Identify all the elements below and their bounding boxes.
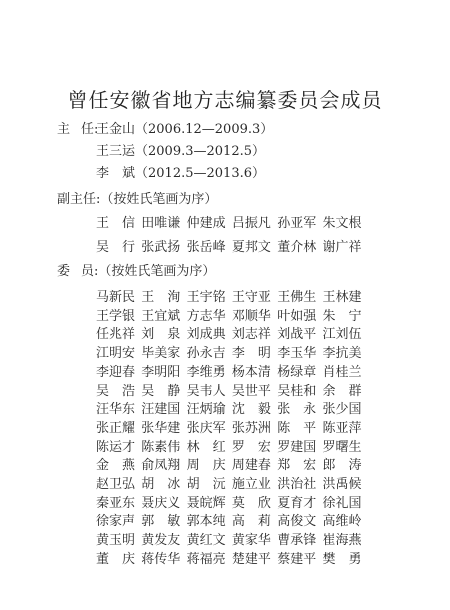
person-name: 曹承锋 (277, 533, 322, 549)
person-name: 朱宁 (322, 309, 361, 325)
person-name: 田唯谦 (141, 216, 186, 232)
person-name: 林红 (187, 440, 226, 456)
person-name: 吴行 (96, 240, 135, 256)
name-char: 庆 (213, 458, 226, 474)
name-char: 欣 (258, 496, 271, 512)
member-row: 徐家声郭敏郭本纯高莉高俊文高维岭 (96, 514, 368, 530)
person-name: 莫欣 (232, 496, 271, 512)
person-name: 陈亚萍 (322, 421, 367, 437)
director-term: （2012.5—2013.6） (135, 166, 265, 181)
person-name: 洪治社 (277, 477, 322, 493)
name-char: 胡 (141, 477, 154, 493)
director-term: （2009.3—2012.5） (135, 144, 265, 159)
person-name: 余群 (322, 384, 361, 400)
director-entry: 李 斌（2012.5—2013.6） (96, 166, 265, 182)
person-name: 陈平 (277, 421, 316, 437)
name-char: 吴 (141, 384, 154, 400)
person-name: 李明 (232, 346, 271, 362)
name-char: 敏 (167, 514, 180, 530)
person-name: 黄玉明 (96, 533, 141, 549)
name-char: 莫 (232, 496, 245, 512)
members-label: 委员:（按姓氏笔画为序） (57, 264, 215, 280)
person-name: 徐礼国 (322, 496, 367, 512)
name-char: 朱 (322, 309, 335, 325)
person-name: 汪炳瑜 (187, 402, 232, 418)
name-char: 信 (122, 216, 135, 232)
ordering-note: （按姓氏笔画为序） (98, 264, 215, 279)
name-char: 李 (232, 346, 245, 362)
person-name: 聂皖辉 (187, 496, 232, 512)
director-name: 李 斌 (96, 166, 135, 181)
name-char: 金 (96, 458, 109, 474)
person-name: 吴浩 (96, 384, 135, 400)
name-char: 樊 (322, 552, 335, 568)
person-name: 张华建 (141, 421, 186, 437)
person-name: 金燕 (96, 458, 135, 474)
person-name: 罗建国 (277, 440, 322, 456)
person-name: 吴韦人 (187, 384, 232, 400)
name-char: 宁 (348, 309, 361, 325)
person-name: 沈毅 (232, 402, 271, 418)
member-row: 黄玉明黄发友黄红文黄家华曹承锋崔海燕 (96, 533, 368, 549)
person-name: 夏邦文 (232, 240, 277, 256)
person-name: 洪禹候 (322, 477, 367, 493)
name-char: 宏 (303, 458, 316, 474)
person-name: 汪华东 (96, 402, 141, 418)
person-name: 张武扬 (141, 240, 186, 256)
person-name: 邓顺华 (232, 309, 277, 325)
person-name: 崔海燕 (322, 533, 367, 549)
person-name: 李维勇 (187, 365, 232, 381)
name-char: 罗 (232, 440, 245, 456)
name-char: 吴 (96, 384, 109, 400)
person-name: 秦亚东 (96, 496, 141, 512)
member-row: 吴浩吴静吴韦人吴世平吴桂和余群 (96, 384, 368, 400)
label-char: 员 (81, 264, 94, 280)
member-row: 赵卫弘胡冰胡沅施立业洪治社洪禹候 (96, 477, 368, 493)
member-row: 金燕俞凤翔周庆周建春郑宏郎涛 (96, 458, 368, 474)
person-name: 高维岭 (322, 514, 367, 530)
name-char: 莉 (258, 514, 271, 530)
person-name: 罗宏 (232, 440, 271, 456)
name-char: 沈 (232, 402, 245, 418)
director-entry: 王金山（2006.12—2009.3） (96, 122, 273, 138)
name-char: 余 (322, 384, 335, 400)
person-name: 周建春 (232, 458, 277, 474)
person-name: 罗曙生 (322, 440, 367, 456)
person-name: 孙亚军 (277, 216, 322, 232)
person-name: 吴桂和 (277, 384, 322, 400)
member-row: 任兆祥刘泉刘成典刘志祥刘战平江刘伍 (96, 327, 368, 343)
name-char: 毅 (258, 402, 271, 418)
person-name: 方志华 (187, 309, 232, 325)
person-name: 张苏洲 (232, 421, 277, 437)
person-name: 聂庆义 (141, 496, 186, 512)
label-char: 任 (81, 122, 94, 138)
person-name: 王宇铭 (187, 290, 232, 306)
person-name: 樊勇 (322, 552, 361, 568)
person-name: 李玉华 (277, 346, 322, 362)
person-name: 黄发友 (141, 533, 186, 549)
person-name: 周庆 (187, 458, 226, 474)
name-char: 静 (167, 384, 180, 400)
deputy-row: 吴行张武扬张岳峰夏邦文董介林谢广祥 (96, 240, 368, 256)
person-name: 任兆祥 (96, 327, 141, 343)
member-row: 秦亚东聂庆义聂皖辉莫欣夏育才徐礼国 (96, 496, 368, 512)
name-char: 涛 (348, 458, 361, 474)
name-char: 张 (277, 402, 290, 418)
person-name: 张正耀 (96, 421, 141, 437)
label-char: 主 (57, 122, 70, 138)
name-char: 洵 (167, 290, 180, 306)
person-name: 马新民 (96, 290, 141, 306)
person-name: 刘泉 (141, 327, 180, 343)
name-char: 郎 (322, 458, 335, 474)
person-name: 楚建平 (232, 552, 277, 568)
person-name: 郭本纯 (187, 514, 232, 530)
person-name: 毕美家 (141, 346, 186, 362)
person-name: 张庆军 (187, 421, 232, 437)
member-row: 李迎春李明阳李维勇杨本清杨绿章肖桂兰 (96, 365, 368, 381)
person-name: 刘成典 (187, 327, 232, 343)
person-name: 陈素伟 (141, 440, 186, 456)
person-name: 杨本清 (232, 365, 277, 381)
person-name: 王信 (96, 216, 135, 232)
person-name: 高俊文 (277, 514, 322, 530)
member-row: 张正耀张华建张庆军张苏洲陈平陈亚萍 (96, 421, 368, 437)
person-name: 郎涛 (322, 458, 361, 474)
person-name: 俞凤翔 (141, 458, 186, 474)
name-char: 沅 (213, 477, 226, 493)
person-name: 郭敏 (141, 514, 180, 530)
person-name: 王学银 (96, 309, 141, 325)
person-name: 张岳峰 (187, 240, 232, 256)
ordering-note: （按姓氏笔画为序） (100, 192, 217, 207)
person-name: 董介林 (277, 240, 322, 256)
label-text: 副主任: (57, 192, 100, 207)
name-char: 刘 (141, 327, 154, 343)
name-char: 郭 (141, 514, 154, 530)
name-char: 高 (232, 514, 245, 530)
person-name: 徐家声 (96, 514, 141, 530)
name-char: 宏 (258, 440, 271, 456)
name-char: 红 (213, 440, 226, 456)
name-char: 明 (258, 346, 271, 362)
name-char: 行 (122, 240, 135, 256)
person-name: 郑宏 (277, 458, 316, 474)
person-name: 肖桂兰 (322, 365, 367, 381)
director-name: 王三运 (96, 144, 135, 159)
person-name: 蒋福亮 (187, 552, 232, 568)
person-name: 江明安 (96, 346, 141, 362)
name-char: 陈 (277, 421, 290, 437)
person-name: 王宜斌 (141, 309, 186, 325)
name-char: 浩 (122, 384, 135, 400)
director-name: 王金山 (96, 122, 135, 137)
person-name: 孙永吉 (187, 346, 232, 362)
person-name: 高莉 (232, 514, 271, 530)
member-row: 江明安毕美家孙永吉李明李玉华李抗美 (96, 346, 368, 362)
person-name: 胡沅 (187, 477, 226, 493)
person-name: 吴世平 (232, 384, 277, 400)
person-name: 王林建 (322, 290, 367, 306)
person-name: 李抗美 (322, 346, 367, 362)
person-name: 朱文根 (322, 216, 367, 232)
person-name: 蒋传华 (141, 552, 186, 568)
director-entry: 王三运（2009.3—2012.5） (96, 144, 265, 160)
person-name: 李明阳 (141, 365, 186, 381)
member-row: 王学银王宜斌方志华邓顺华叶如强朱宁 (96, 309, 368, 325)
person-name: 王洵 (141, 290, 180, 306)
name-char: 林 (187, 440, 200, 456)
person-name: 王守亚 (232, 290, 277, 306)
member-row: 汪华东汪建国汪炳瑜沈毅张永张少国 (96, 402, 368, 418)
person-name: 谢广祥 (322, 240, 367, 256)
person-name: 吕振凡 (232, 216, 277, 232)
person-name: 赵卫弘 (96, 477, 141, 493)
person-name: 陈运才 (96, 440, 141, 456)
name-char: 泉 (167, 327, 180, 343)
person-name: 蔡建平 (277, 552, 322, 568)
person-name: 李迎春 (96, 365, 141, 381)
name-char: 燕 (122, 458, 135, 474)
director-term: （2006.12—2009.3） (135, 122, 273, 137)
name-char: 胡 (187, 477, 200, 493)
name-char: 群 (348, 384, 361, 400)
name-char: 郑 (277, 458, 290, 474)
person-name: 吴静 (141, 384, 180, 400)
name-char: 王 (141, 290, 154, 306)
person-name: 汪建国 (141, 402, 186, 418)
name-char: 周 (187, 458, 200, 474)
name-char: 永 (303, 402, 316, 418)
person-name: 张少国 (322, 402, 367, 418)
person-name: 董庆 (96, 552, 135, 568)
person-name: 刘志祥 (232, 327, 277, 343)
page-title: 曾任安徽省地方志编纂委员会成员 (0, 84, 450, 113)
person-name: 刘战平 (277, 327, 322, 343)
person-name: 施立业 (232, 477, 277, 493)
name-char: 冰 (167, 477, 180, 493)
director-label: 主任: (57, 122, 98, 138)
person-name: 黄家华 (232, 533, 277, 549)
deputy-row: 王信田唯谦仲建成吕振凡孙亚军朱文根 (96, 216, 368, 232)
deputy-director-label: 副主任:（按姓氏笔画为序） (57, 192, 217, 208)
person-name: 王佛生 (277, 290, 322, 306)
label-char: 委 (57, 264, 70, 280)
person-name: 江刘伍 (322, 327, 367, 343)
person-name: 张永 (277, 402, 316, 418)
person-name: 夏育才 (277, 496, 322, 512)
person-name: 黄红文 (187, 533, 232, 549)
name-char: 平 (303, 421, 316, 437)
person-name: 仲建成 (187, 216, 232, 232)
person-name: 胡冰 (141, 477, 180, 493)
name-char: 王 (96, 216, 109, 232)
member-row: 陈运才陈素伟林红罗宏罗建国罗曙生 (96, 440, 368, 456)
name-char: 吴 (96, 240, 109, 256)
person-name: 叶如强 (277, 309, 322, 325)
person-name: 杨绿章 (277, 365, 322, 381)
name-char: 庆 (122, 552, 135, 568)
member-row: 马新民王洵王宇铭王守亚王佛生王林建 (96, 290, 368, 306)
name-char: 董 (96, 552, 109, 568)
name-char: 勇 (348, 552, 361, 568)
member-row: 董庆蒋传华蒋福亮楚建平蔡建平樊勇 (96, 552, 368, 568)
